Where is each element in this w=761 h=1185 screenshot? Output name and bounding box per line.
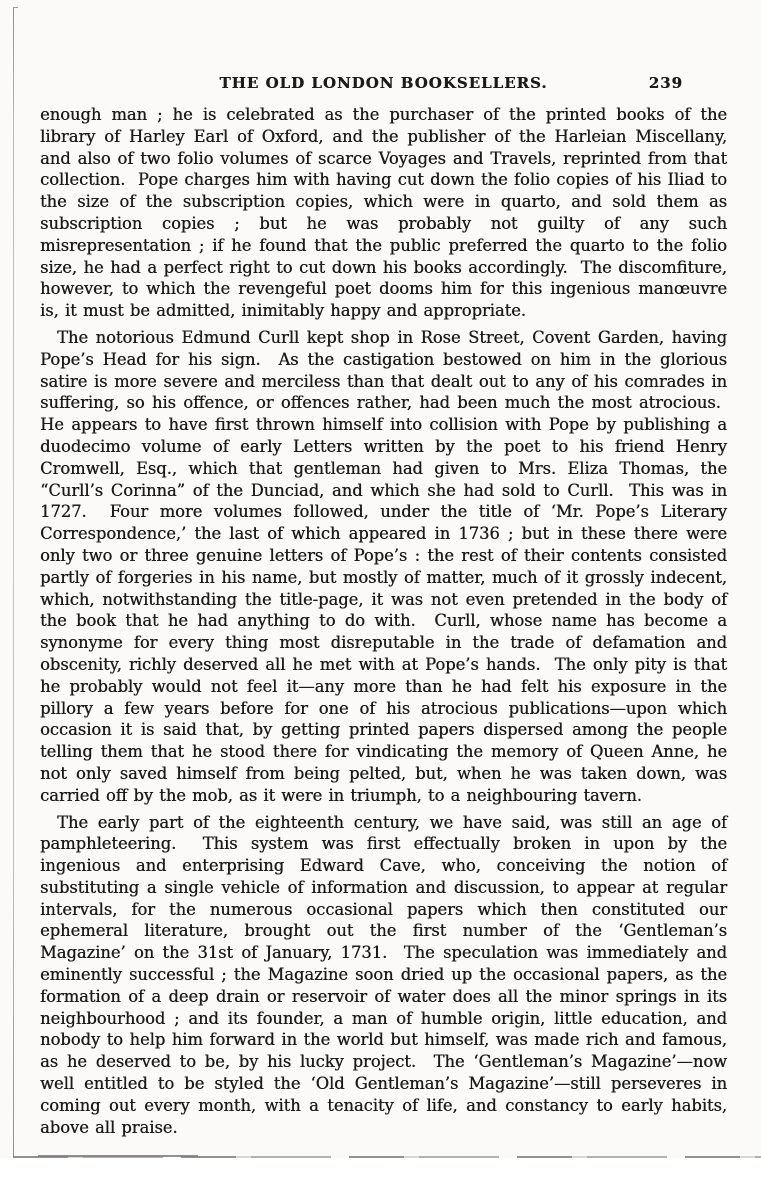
scan-edge-top-tick bbox=[13, 7, 18, 8]
page-title: THE OLD LONDON BOOKSELLERS. bbox=[40, 74, 727, 92]
scan-edge-left-line bbox=[13, 7, 14, 1157]
running-head: THE OLD LONDON BOOKSELLERS. 239 bbox=[40, 74, 727, 94]
scanned-book-page: THE OLD LONDON BOOKSELLERS. 239 enough m… bbox=[0, 0, 761, 1185]
paragraph-1: enough man ; he is celebrated as the pur… bbox=[40, 104, 727, 322]
paragraph-2: The notorious Edmund Curll kept shop in … bbox=[40, 327, 727, 807]
scan-edge-bottom-dark-segment bbox=[38, 1155, 198, 1157]
page-number: 239 bbox=[649, 74, 683, 92]
paragraph-3: The early part of the eighteenth century… bbox=[40, 812, 727, 1139]
page-body: enough man ; he is celebrated as the pur… bbox=[40, 104, 727, 1143]
